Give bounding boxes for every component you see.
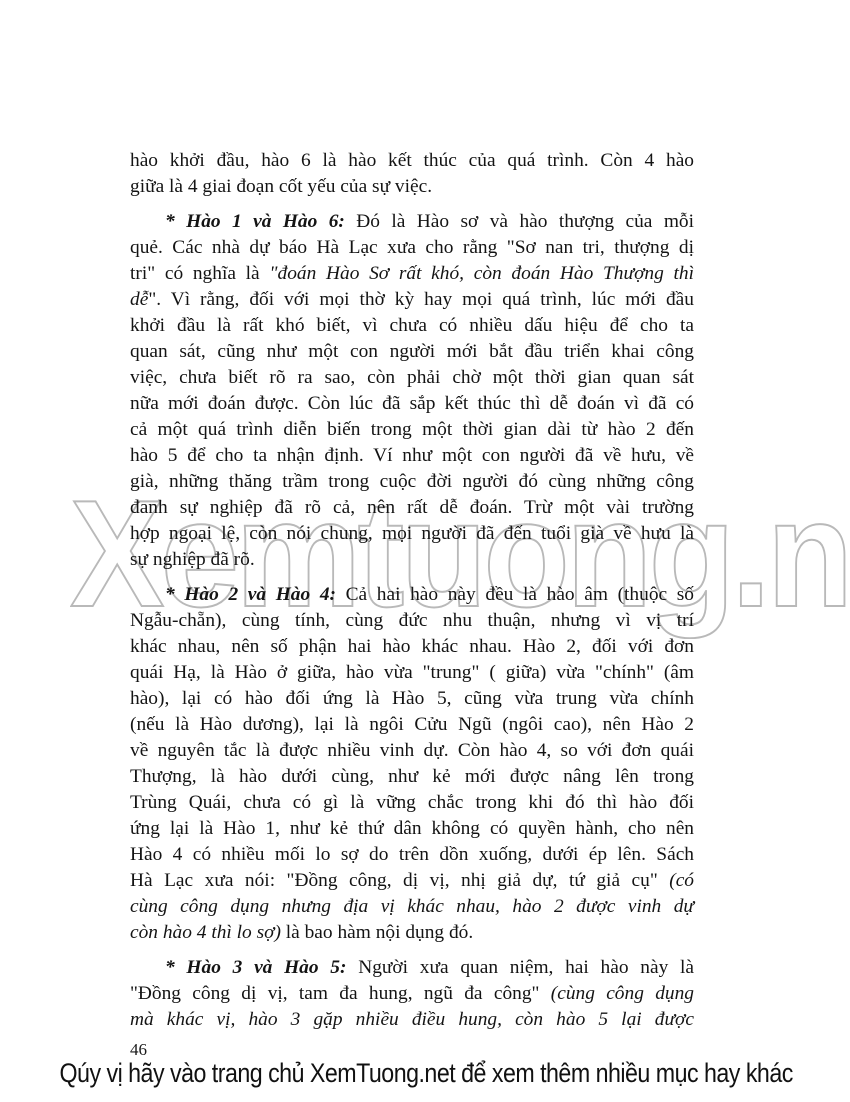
text-line: Thượng, là hào dưới cùng, như kẻ mới đượ… bbox=[130, 764, 694, 790]
text-line: hào), lại có hào đối ứng là Hào 5, cũng … bbox=[130, 686, 694, 712]
body-text: hào khởi đầu, hào 6 là hào kết thúc của … bbox=[130, 148, 694, 1033]
footer-suffix: để xem thêm nhiều mục hay khác bbox=[455, 1058, 793, 1088]
text-line: * Hào 1 và Hào 6: Đó là Hào sơ và hào th… bbox=[130, 209, 694, 235]
page-number: 46 bbox=[130, 1040, 147, 1060]
text-line: già, những thăng trầm trong cuộc đời ngư… bbox=[130, 469, 694, 495]
text-line: Hà Lạc xưa nói: "Đồng công, dị vị, nhị g… bbox=[130, 868, 694, 894]
text-line: khởi đầu là rất khó biết, vì chưa có nhi… bbox=[130, 313, 694, 339]
section-heading: * Hào 2 và Hào 4: bbox=[165, 584, 336, 605]
paragraph-hao-3-5: * Hào 3 và Hào 5: Người xưa quan niệm, h… bbox=[130, 955, 694, 1033]
text-line: cả một quá trình diễn biến trong một thờ… bbox=[130, 417, 694, 443]
section-heading: * Hào 3 và Hào 5: bbox=[165, 957, 346, 978]
text-line: đanh sự nghiệp đã rõ cả, nên rất dễ đoán… bbox=[130, 495, 694, 521]
text-line: còn hào 4 thì lo sợ) là bao hàm nội dụng… bbox=[130, 920, 694, 946]
text-line: dễ". Vì rằng, đối với mọi thờ kỳ hay mọi… bbox=[130, 287, 694, 313]
paragraph-hao-1-6: * Hào 1 và Hào 6: Đó là Hào sơ và hào th… bbox=[130, 209, 694, 573]
text-line: sự nghiệp đã rõ. bbox=[130, 547, 694, 573]
text-line: Hào 4 có nhiều mối lo sợ do trên dồn xuố… bbox=[130, 842, 694, 868]
text-line: (nếu là Hào dương), lại là ngôi Cửu Ngũ … bbox=[130, 712, 694, 738]
text-line: giữa là 4 giai đoạn cốt yếu của sự việc. bbox=[130, 174, 694, 200]
text-line: quan sát, cũng như một con người mới bắt… bbox=[130, 339, 694, 365]
text-line: * Hào 3 và Hào 5: Người xưa quan niệm, h… bbox=[130, 955, 694, 981]
text-line: khác nhau, nên số phận hai hào khác nhau… bbox=[130, 634, 694, 660]
text-line: ứng lại là Hào 1, như kẻ thứ dân không c… bbox=[130, 816, 694, 842]
text-line: "Đồng công dị vị, tam đa hung, ngũ đa cô… bbox=[130, 981, 694, 1007]
text-line: mà khác vị, hào 3 gặp nhiều điều hung, c… bbox=[130, 1007, 694, 1033]
paragraph-hao-2-4: * Hào 2 và Hào 4: Cả hai hào này đều là … bbox=[130, 582, 694, 946]
text-line: việc, chưa biết rõ ra sao, còn phải chờ … bbox=[130, 365, 694, 391]
text-line: nữa mới đoán được. Còn lúc đã sắp kết th… bbox=[130, 391, 694, 417]
text-line: về nguyên tắc là được nhiều vinh dự. Còn… bbox=[130, 738, 694, 764]
footer-prefix: Qúy vị hãy vào trang chủ bbox=[60, 1058, 310, 1088]
text-line: hào khởi đầu, hào 6 là hào kết thúc của … bbox=[130, 148, 694, 174]
text-line: cùng công dụng nhưng địa vị khác nhau, h… bbox=[130, 894, 694, 920]
text-line: * Hào 2 và Hào 4: Cả hai hào này đều là … bbox=[130, 582, 694, 608]
text-line: Trùng Quái, chưa có gì là vững chắc tron… bbox=[130, 790, 694, 816]
text-line: Ngẫu-chẵn), cùng tính, cùng đức nhu thuậ… bbox=[130, 608, 694, 634]
text-line: quái Hạ, là Hào ở giữa, hào vừa "trung" … bbox=[130, 660, 694, 686]
document-page: Xemtuong.net hào khởi đầu, hào 6 là hào … bbox=[0, 0, 850, 1102]
section-heading: * Hào 1 và Hào 6: bbox=[165, 211, 345, 232]
text-line: hào 5 để cho ta nhận định. Ví như một co… bbox=[130, 443, 694, 469]
text-line: tri" có nghĩa là "đoán Hào Sơ rất khó, c… bbox=[130, 261, 694, 287]
paragraph-intro: hào khởi đầu, hào 6 là hào kết thúc của … bbox=[130, 148, 694, 200]
footer-banner: Qúy vị hãy vào trang chủ XemTuong.net để… bbox=[60, 1058, 791, 1089]
text-line: hợp ngoại lệ, còn nói chung, mọi người đ… bbox=[130, 521, 694, 547]
text-line: quẻ. Các nhà dự báo Hà Lạc xưa cho rằng … bbox=[130, 235, 694, 261]
site-link[interactable]: XemTuong.net bbox=[310, 1058, 455, 1088]
